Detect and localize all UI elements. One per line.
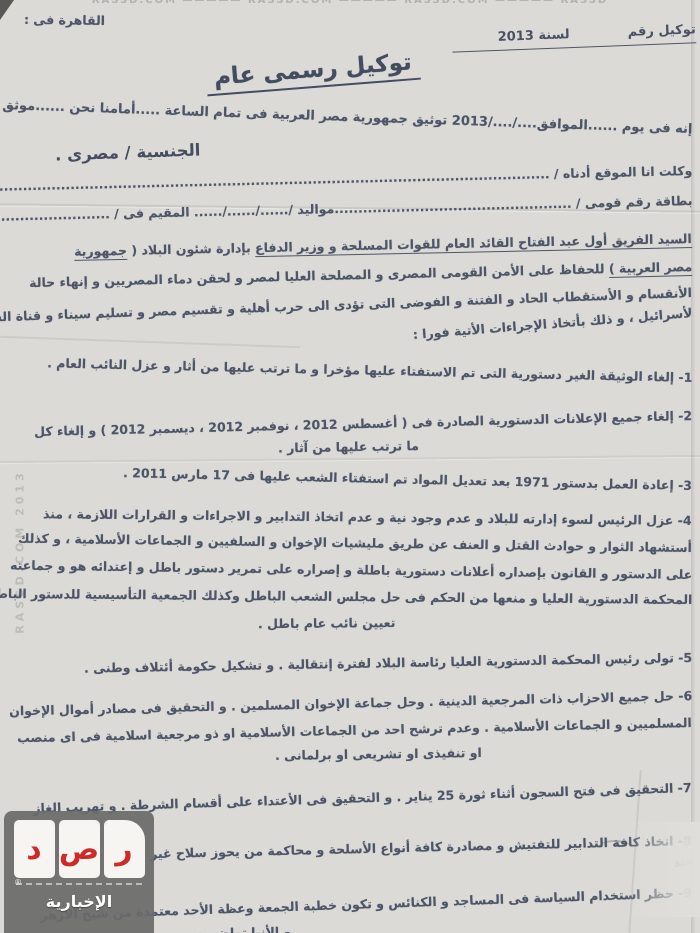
item-2-line-2: ما ترتب عليها من آثار . [278, 438, 419, 455]
docket-year: لسنة 2013 [497, 27, 570, 45]
country-open: جمهورية [74, 243, 127, 261]
paper-crease [0, 336, 300, 348]
logo-panel-ra: ر [104, 820, 145, 878]
preamble-line-2: مصر العربية ) للحفاظ على الأمن القومى ال… [29, 259, 692, 290]
item-8-line-1: 8- اتخاذ كافة التدابير للتفتيش و مصادرة … [104, 833, 692, 862]
registered-mark-icon: ® [14, 878, 22, 887]
item-6-line-2: المسلميين و الجماعات الأسلامية . وعدم تر… [17, 715, 692, 745]
rassd-logo: د ص ر ® الإخبارية [4, 811, 154, 933]
fold-washout [625, 822, 700, 917]
photo-corner-notch [0, 0, 14, 20]
item-4-line-5: تعيين نائب عام باطل . [258, 615, 396, 631]
logo-divider: ® [16, 883, 142, 885]
country-close: مصر العربية ) [608, 259, 692, 278]
logo-letter: د [26, 832, 41, 867]
docket-number-line: توكيل رقملسنة 2013 [452, 22, 697, 52]
item-2-line-1: 2- إلغاء جميع الإعلانات الدستورية الصادر… [34, 408, 692, 439]
grantor-line: وكلت انا الموقع أدناه / ................… [0, 163, 692, 195]
docket-number-blank [570, 36, 628, 38]
watermark-side: RASSD.COM 2013 [14, 469, 27, 633]
item-5-line-1: 5- تولى رئيس المحكمة الدستورية العليا رئ… [84, 650, 692, 676]
logo-panel-sad: ص [59, 820, 100, 878]
intro-line-1: إنه فى يوم ......الموافق..../..../2013 ت… [2, 98, 692, 137]
item-9-line-2: و الأنبا تواضروس [185, 924, 291, 933]
item-4-line-4: المحكمة الدستورية العليا و منعها من الحك… [0, 586, 692, 607]
item-4-line-1: 4- عزل الرئيس لسوء إدارته للبلاد و عدم و… [43, 506, 692, 528]
item-1-line-1: 1- إلغاء الوثيقة الغير دستورية التى تم ا… [47, 355, 693, 385]
item-4-line-2: أستشهاد الثوار و حوادث القتل و العنف عن … [18, 531, 692, 555]
preamble-line-1: السيد الفريق أول عبد الفتاح القائد العام… [74, 231, 692, 259]
attorney-name: السيد الفريق أول عبد الفتاح القائد العام… [255, 231, 692, 257]
logo-panel-dal: د [14, 820, 55, 878]
logo-letter-panels: د ص ر [12, 820, 146, 878]
doc-title: توكيل رسمى عام [205, 49, 421, 97]
preamble-line-4: لأسرائيل ، و ذلك بأتخاذ الإجراءات الأتية… [412, 305, 693, 342]
logo-letter: ص [59, 832, 99, 867]
item-6-line-3: او تنفيذى او تشريعى او برلمانى . [275, 745, 482, 763]
docket-prefix: توكيل رقم [627, 22, 696, 40]
place-date-label: القاهرة فى : [24, 12, 105, 28]
document-photo: RASSD.COM ————— RASSD.COM ————— RASSD.CO… [0, 0, 700, 933]
logo-caption: الإخبارية [12, 892, 146, 911]
id-card-line: بطاقة رقم قومى / .......................… [0, 193, 692, 226]
item-4-line-3: على الدستور و القانون بإصداره أعلانات دس… [10, 557, 692, 582]
watermark-top: RASSD.COM ————— RASSD.COM ————— RASSD.CO… [0, 0, 700, 6]
preamble-line-1-mid: بإدارة شئون البلاد ( [127, 240, 255, 258]
paper-crease [0, 455, 700, 463]
preamble-line-2-rest: للحفاظ على الأمن القومى المصرى و المصلحة… [29, 261, 609, 290]
logo-letter: ر [115, 832, 132, 867]
nationality-note: الجنسية / مصرى . [55, 140, 201, 164]
item-6-line-1: 6- حل جميع الاحزاب ذات المرجعية الدينية … [9, 688, 692, 718]
item-3-line-1: 3- إعادة العمل بدستور 1971 بعد تعديل الم… [123, 465, 692, 493]
